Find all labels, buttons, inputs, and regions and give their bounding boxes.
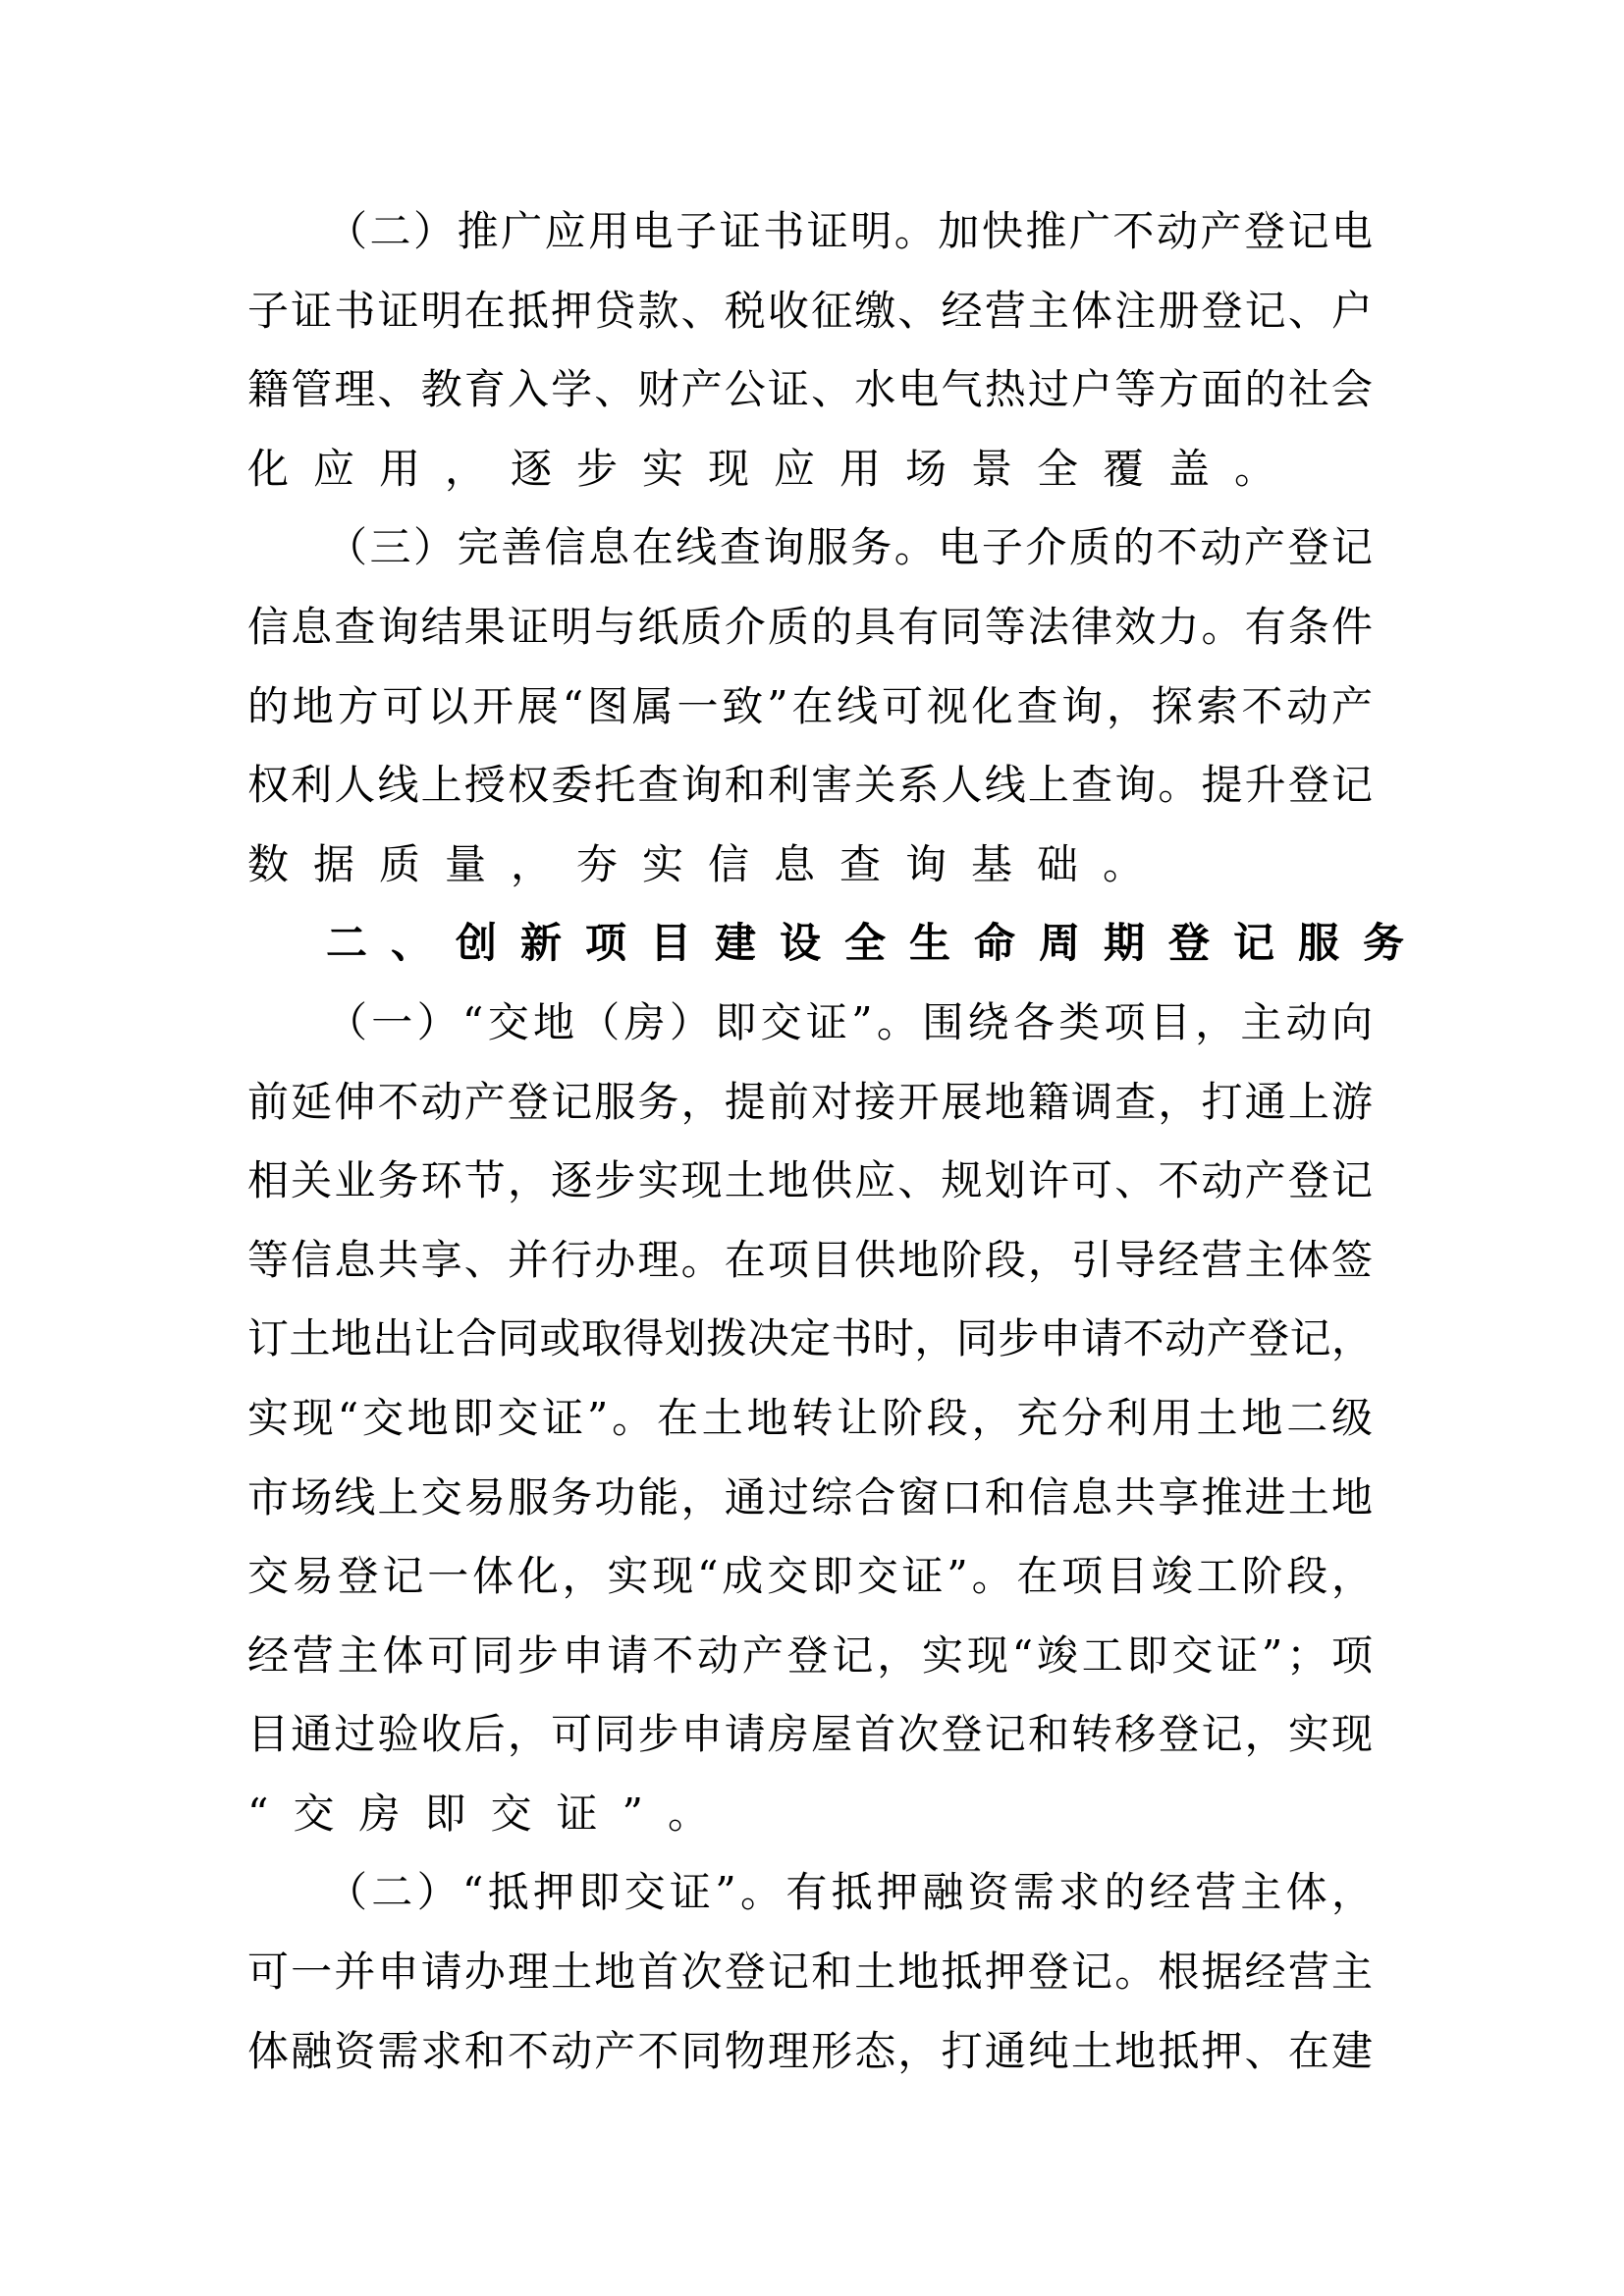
- paragraph-electronic-certificate: （二）推广应用电子证书证明。加快推广不动产登记电 子证书证明在抵押贷款、税收征缴…: [247, 192, 1373, 508]
- text-line: （二）推广应用电子证书证明。加快推广不动产登记电: [247, 192, 1376, 272]
- paragraph-online-query: （三）完善信息在线查询服务。电子介质的不动产登记 信息查询结果证明与纸质介质的具…: [247, 508, 1373, 904]
- text-line: 经营主体可同步申请不动产登记，实现“竣工即交证”；项: [247, 1617, 1377, 1696]
- section-heading: 二、创新项目建设全生命周期登记服务: [247, 904, 1373, 984]
- section-heading-text: 二、创新项目建设全生命周期登记服务: [247, 904, 1373, 984]
- paragraph-mortgage-certificate: （二）“抵押即交证”。有抵押融资需求的经营主体， 可一并申请办理土地首次登记和土…: [247, 1853, 1373, 2091]
- document-body: （二）推广应用电子证书证明。加快推广不动产登记电 子证书证明在抵押贷款、税收征缴…: [247, 192, 1373, 2091]
- text-line: 相关业务环节，逐步实现土地供应、规划许可、不动产登记: [247, 1142, 1375, 1221]
- text-line: 前延伸不动产登记服务，提前对接开展地籍调查，打通上游: [247, 1063, 1375, 1143]
- text-line: 市场线上交易服务功能，通过综合窗口和信息共享推进土地: [247, 1459, 1375, 1538]
- text-line: 订土地出让合同或取得划拨决定书时，同步申请不动产登记，: [247, 1300, 1373, 1379]
- text-line: 籍管理、教育入学、财产公证、水电气热过户等方面的社会: [247, 350, 1375, 430]
- text-line: 交易登记一体化，实现“成交即交证”。在项目竣工阶段，: [247, 1537, 1377, 1617]
- text-line: 可一并申请办理土地首次登记和土地抵押登记。根据经营主: [247, 1933, 1375, 2012]
- text-line: 目通过验收后，可同步申请房屋首次登记和转移登记，实现: [247, 1695, 1375, 1775]
- text-line: 等信息共享、并行办理。在项目供地阶段，引导经营主体签: [247, 1221, 1375, 1301]
- text-line: “交房即交证”。: [247, 1775, 1373, 1854]
- text-line: （三）完善信息在线查询服务。电子介质的不动产登记: [247, 508, 1376, 588]
- text-line: 数据质量，夯实信息查询基础。: [247, 826, 1373, 905]
- text-line: 权利人线上授权委托查询和利害关系人线上查询。提升登记: [247, 746, 1375, 826]
- text-line: 子证书证明在抵押贷款、税收征缴、经营主体注册登记、户: [247, 272, 1375, 351]
- text-line: 体融资需求和不动产不同物理形态，打通纯土地抵押、在建: [247, 2012, 1375, 2092]
- text-line: 实现“交地即交证”。在土地转让阶段，充分利用土地二级: [247, 1379, 1377, 1459]
- paragraph-land-handover-certificate: （一）“交地（房）即交证”。围绕各类项目，主动向 前延伸不动产登记服务，提前对接…: [247, 984, 1373, 1854]
- text-line: （二）“抵押即交证”。有抵押融资需求的经营主体，: [247, 1853, 1377, 1933]
- text-line: 的地方可以开展“图属一致”在线可视化查询，探索不动产: [247, 667, 1377, 747]
- text-line: 信息查询结果证明与纸质介质的具有同等法律效力。有条件: [247, 588, 1375, 667]
- text-line: 化应用，逐步实现应用场景全覆盖。: [247, 430, 1373, 509]
- document-page: （二）推广应用电子证书证明。加快推广不动产登记电 子证书证明在抵押贷款、税收征缴…: [0, 0, 1624, 2296]
- text-line: （一）“交地（房）即交证”。围绕各类项目，主动向: [247, 984, 1377, 1063]
